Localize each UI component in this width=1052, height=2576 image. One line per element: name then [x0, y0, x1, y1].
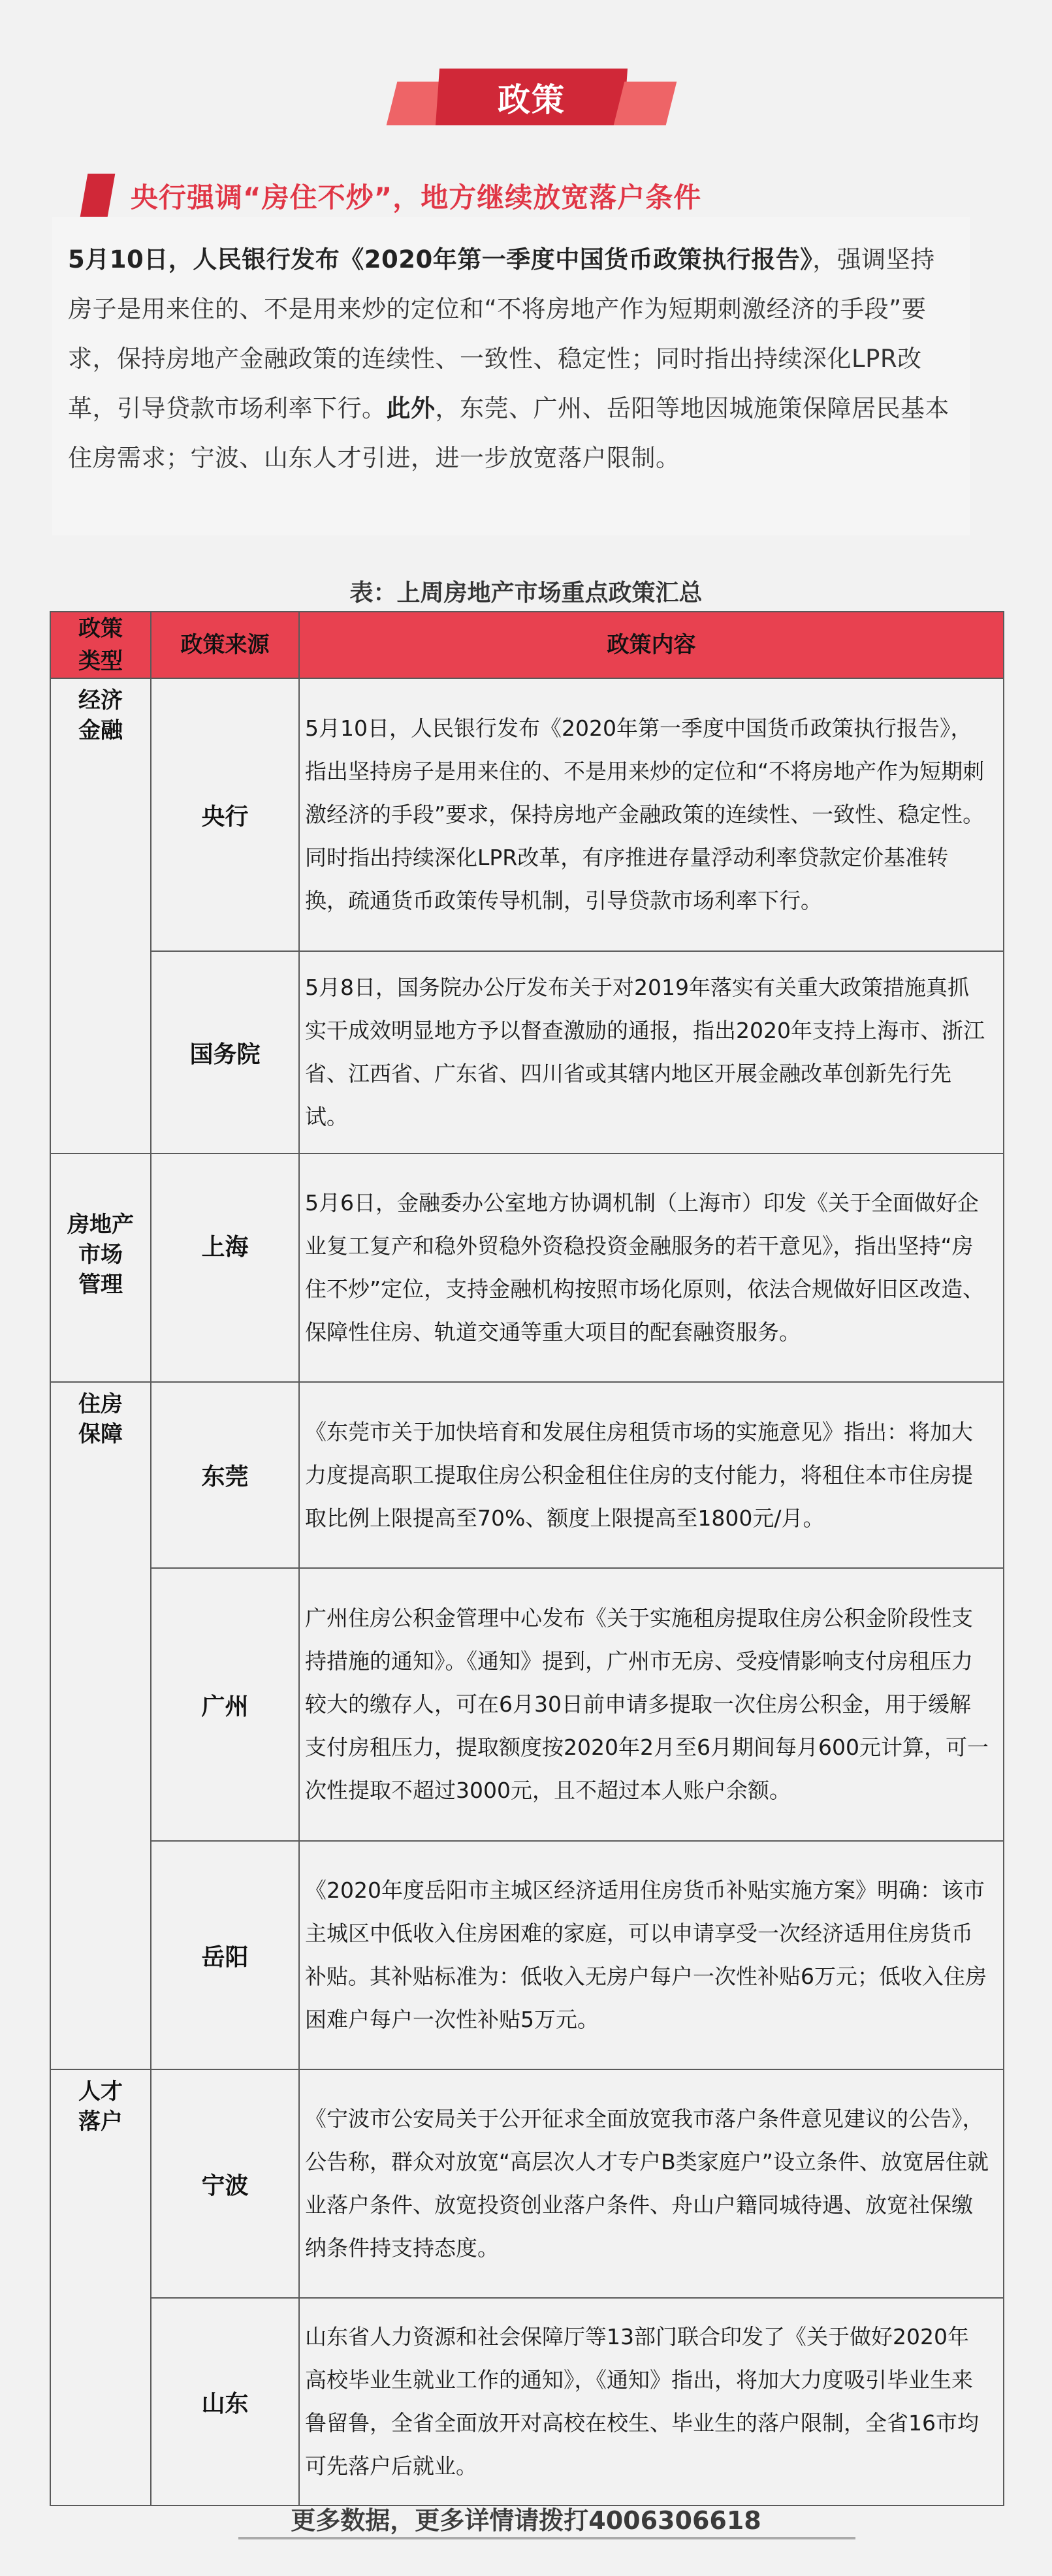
- policy-content-cell: 5月8日，国务院办公厅发布关于对2019年落实有关重大政策措施真抓实干成效明显地…: [299, 951, 1004, 1154]
- policy-type-cell: 人才 落户: [50, 2069, 151, 2505]
- header-policy-content: 政策内容: [299, 612, 1004, 678]
- summary-lead: 5月10日，人民银行发布《2020年第一季度中国货币政策执行报告》: [68, 245, 812, 274]
- policy-source-cell: 上海: [151, 1154, 299, 1382]
- summary-paragraph: 5月10日，人民银行发布《2020年第一季度中国货币政策执行报告》，强调坚持房子…: [68, 235, 954, 483]
- banner-title: 政策: [498, 74, 566, 121]
- summary-box: 5月10日，人民银行发布《2020年第一季度中国货币政策执行报告》，强调坚持房子…: [52, 217, 970, 535]
- policy-content-cell: 《2020年度岳阳市主城区经济适用住房货币补贴实施方案》明确：该市主城区中低收入…: [299, 1841, 1004, 2069]
- policy-source-cell: 广州: [151, 1568, 299, 1841]
- policy-content-cell: 5月10日，人民银行发布《2020年第一季度中国货币政策执行报告》，指出坚持房子…: [299, 678, 1004, 951]
- table-row: 人才 落户 宁波 《宁波市公安局关于公开征求全面放宽我市落户条件意见建议的公告》…: [50, 2069, 1004, 2298]
- headline-text: 央行强调“房住不炒”，地方继续放宽落户条件: [131, 176, 701, 215]
- table-row: 山东 山东省人力资源和社会保障厅等13部门联合印发了《关于做好2020年高校毕业…: [50, 2298, 1004, 2505]
- summary-bold-mid: 此外: [387, 394, 436, 422]
- table-header-row: 政策 类型 政策来源 政策内容: [50, 612, 1004, 678]
- headline-marker-icon: [80, 174, 116, 221]
- section-banner: 政策: [0, 0, 1052, 131]
- policy-source-cell: 山东: [151, 2298, 299, 2505]
- policy-type-cell: 房地产 市场 管理: [50, 1154, 151, 1382]
- policy-source-cell: 岳阳: [151, 1841, 299, 2069]
- policy-content-cell: 山东省人力资源和社会保障厅等13部门联合印发了《关于做好2020年高校毕业生就业…: [299, 2298, 1004, 2505]
- policy-content-cell: 《东莞市关于加快培育和发展住房租赁市场的实施意见》指出：将加大力度提高职工提取住…: [299, 1382, 1004, 1568]
- policy-source-cell: 央行: [151, 678, 299, 951]
- policy-source-cell: 国务院: [151, 951, 299, 1154]
- footer-divider: [238, 2537, 855, 2539]
- policy-content-cell: 《宁波市公安局关于公开征求全面放宽我市落户条件意见建议的公告》，公告称，群众对放…: [299, 2069, 1004, 2298]
- table-row: 住房 保障 东莞 《东莞市关于加快培育和发展住房租赁市场的实施意见》指出：将加大…: [50, 1382, 1004, 1568]
- policy-table: 政策 类型 政策来源 政策内容 经济 金融 央行 5月10日，人民银行发布《20…: [50, 611, 1004, 2506]
- table-row: 经济 金融 央行 5月10日，人民银行发布《2020年第一季度中国货币政策执行报…: [50, 678, 1004, 951]
- policy-type-cell: 经济 金融: [50, 678, 151, 1154]
- policy-source-cell: 东莞: [151, 1382, 299, 1568]
- header-policy-type: 政策 类型: [50, 612, 151, 678]
- table-row: 房地产 市场 管理 上海 5月6日，金融委办公室地方协调机制（上海市）印发《关于…: [50, 1154, 1004, 1382]
- table-title: 表：上周房地产市场重点政策汇总: [0, 574, 1052, 608]
- policy-content-cell: 广州住房公积金管理中心发布《关于实施租房提取住房公积金阶段性支持措施的通知》。《…: [299, 1568, 1004, 1841]
- policy-source-cell: 宁波: [151, 2069, 299, 2298]
- banner-title-block: 政策: [436, 69, 628, 125]
- table-row: 广州 广州住房公积金管理中心发布《关于实施租房提取住房公积金阶段性支持措施的通知…: [50, 1568, 1004, 1841]
- headline: 央行强调“房住不炒”，地方继续放宽落户条件: [0, 163, 1052, 215]
- table-row: 岳阳 《2020年度岳阳市主城区经济适用住房货币补贴实施方案》明确：该市主城区中…: [50, 1841, 1004, 2069]
- policy-type-cell: 住房 保障: [50, 1382, 151, 2069]
- table-row: 国务院 5月8日，国务院办公厅发布关于对2019年落实有关重大政策措施真抓实干成…: [50, 951, 1004, 1154]
- policy-content-cell: 5月6日，金融委办公室地方协调机制（上海市）印发《关于全面做好企业复工复产和稳外…: [299, 1154, 1004, 1382]
- footer-contact-text: 更多数据，更多详情请拨打4006306618: [0, 2500, 1052, 2536]
- banner-decoration-right: [614, 82, 677, 125]
- header-policy-source: 政策来源: [151, 612, 299, 678]
